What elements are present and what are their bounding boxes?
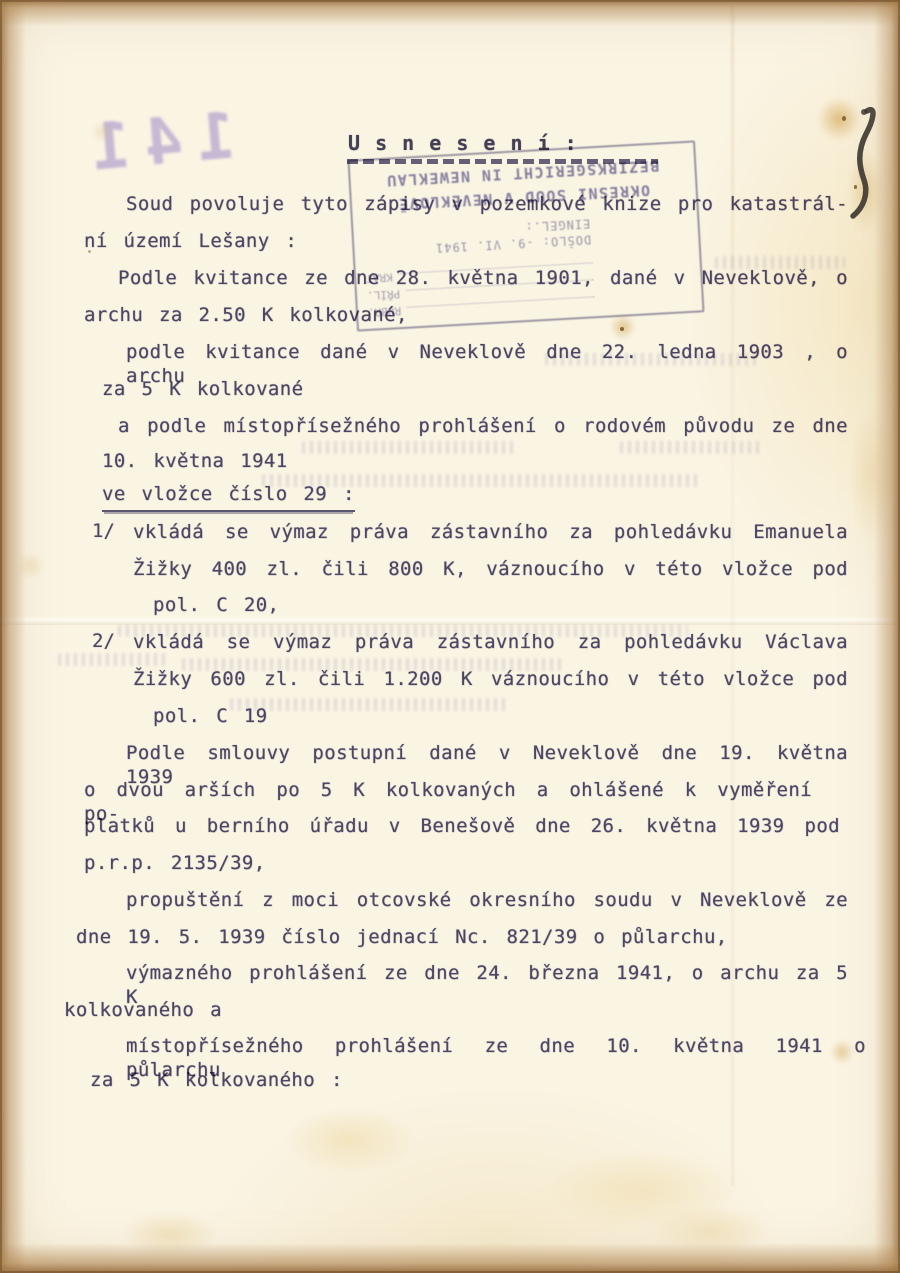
text-line: propuštění z moci otcovské okresního sou… xyxy=(126,888,848,912)
list-item-line: vkládá se výmaz práva zástavního za pohl… xyxy=(133,520,848,544)
text-line: p.r.p. 2135/39, xyxy=(84,851,848,875)
stain xyxy=(850,410,894,540)
text-line: dne 19. 5. 1939 číslo jednací Nc. 821/39… xyxy=(76,925,848,949)
stain xyxy=(122,1212,218,1256)
text-line: 10. května 1941 xyxy=(102,449,848,473)
pen-squiggle-mark xyxy=(840,104,884,222)
stain xyxy=(92,122,112,142)
stamp-field-krat-label: KRAT xyxy=(366,271,393,285)
list-item-line: pol. C 20, xyxy=(153,593,848,617)
stamp-field-pril-label: PŘÍL. xyxy=(367,287,401,302)
fold-crease-horizontal xyxy=(0,616,900,625)
text-line: za 5 K kolkované xyxy=(102,377,848,401)
list-item-line: Žižky 600 zl. čili 1.200 K váznoucího v … xyxy=(133,667,848,691)
bleedthrough-numerals: 141 xyxy=(75,99,238,186)
bleedthrough-text xyxy=(58,653,170,666)
list-item-line: vkládá se výmaz práva zástavního za pohl… xyxy=(133,630,848,654)
stain xyxy=(652,1206,768,1256)
speck xyxy=(88,250,91,253)
court-received-stamp: RUBR. PŘÍL. KRAT DOŠLO: -9. VI. 1941 EIN… xyxy=(347,140,704,331)
text-line: za 5 K kolkovaného : xyxy=(90,1068,848,1092)
stamp-field-rubr-label: RUBR. xyxy=(368,304,402,319)
list-item-line: pol. C 19 xyxy=(153,704,848,728)
list-marker-1: 1/ xyxy=(92,520,115,542)
heading-underlined: ve vložce číslo 29 : xyxy=(102,482,355,512)
list-marker-2: 2/ xyxy=(92,630,115,652)
text-line: platků u berního úřadu v Benešově dne 26… xyxy=(84,814,840,838)
list-item-line: Žižky 400 zl. čili 800 K, váznoucího v t… xyxy=(133,557,848,581)
stain xyxy=(16,552,44,580)
stain xyxy=(284,1108,414,1172)
scanned-document-page: 141 U s n e s e n í : RUBR. PŘÍL. KRAT D… xyxy=(0,0,900,1273)
text-line: kolkovaného a xyxy=(64,998,848,1022)
text-line: a podle místopřísežného prohlášení o rod… xyxy=(118,414,848,438)
speck xyxy=(620,327,624,331)
